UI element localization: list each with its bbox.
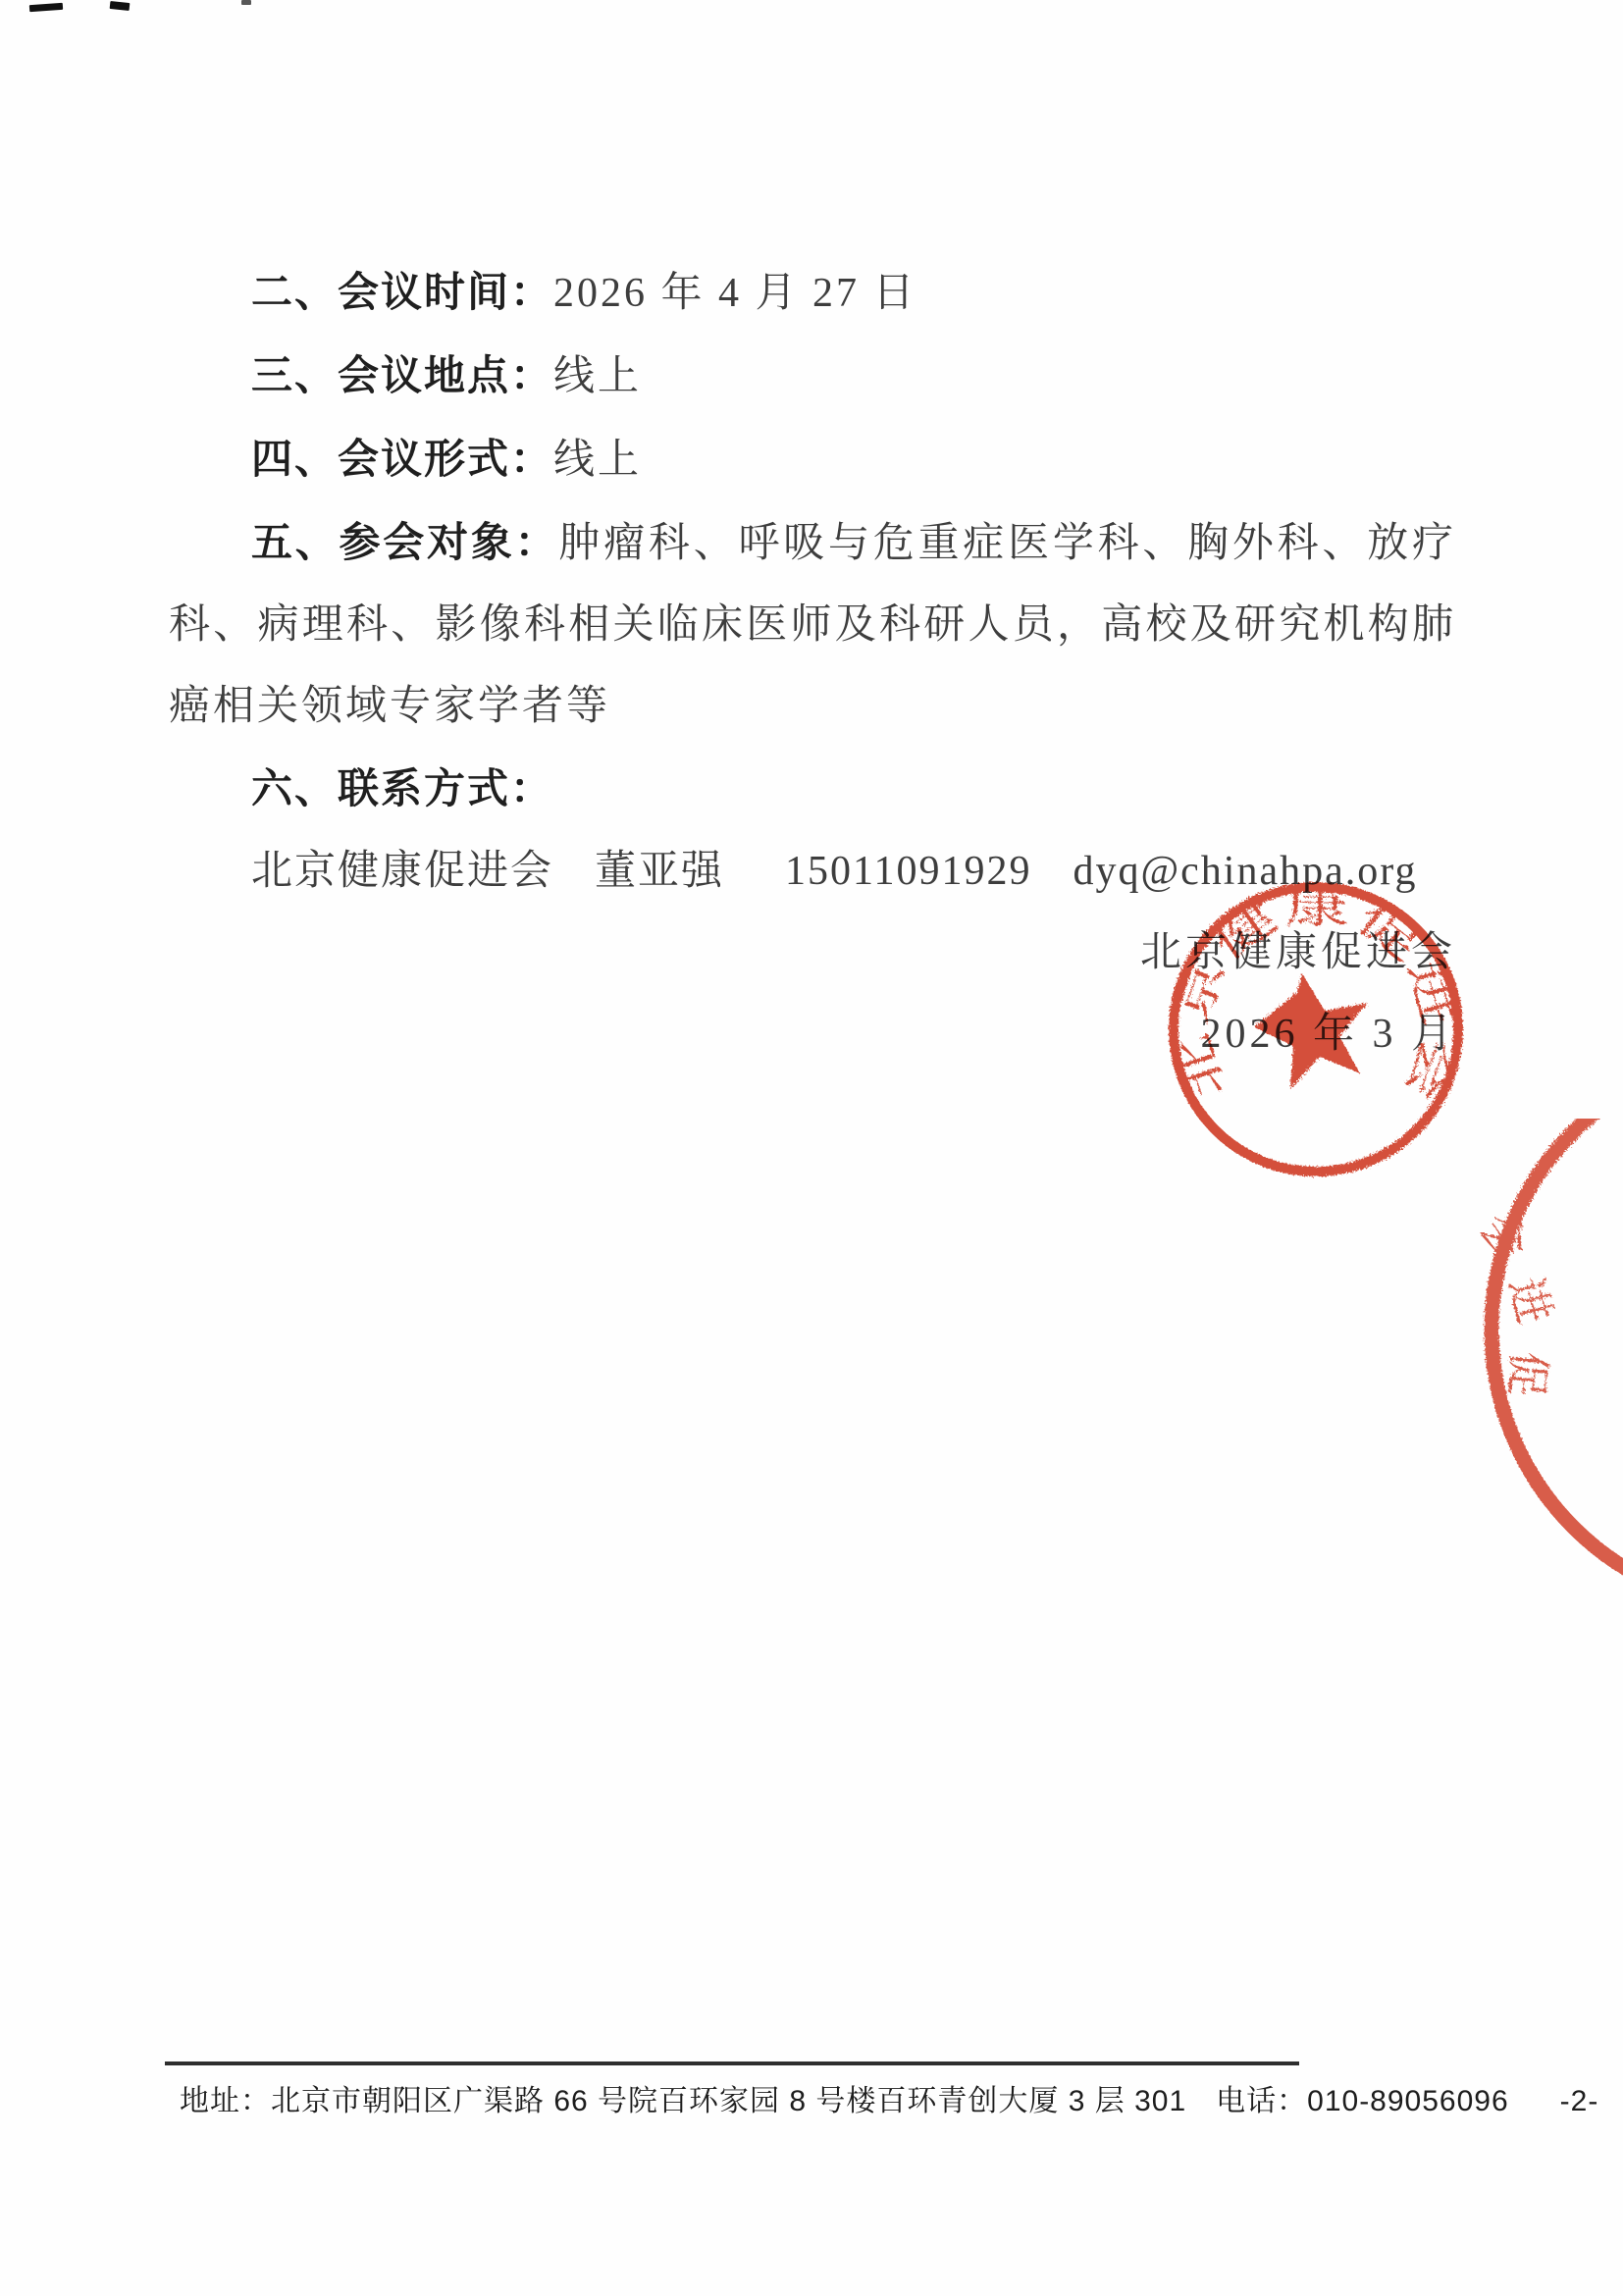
footer: 地址：北京市朝阳区广渠路 66 号院百环家园 8 号楼百环青创大厦 3 层 30… (180, 2076, 1534, 2119)
footer-divider (165, 2061, 1299, 2065)
partial-seal-char: 进 (1499, 1273, 1559, 1330)
scan-artifact (29, 3, 63, 12)
contact-org: 北京健康促进会 (251, 849, 553, 894)
official-seal: 北京健康促进会 (1163, 876, 1469, 1182)
scan-artifact (110, 1, 131, 11)
seal-text: 北京健康促进会 (1167, 882, 1466, 1111)
footer-phone-label: 电话： (1216, 2085, 1307, 2117)
scan-artifact (241, 0, 251, 5)
page-number: -2- (1560, 2085, 1599, 2117)
section-value: 2026 年 4 月 27 日 (553, 271, 917, 316)
footer-address: 北京市朝阳区广渠路 66 号院百环家园 8 号楼百环青创大厦 3 层 301 (271, 2085, 1186, 2117)
contact-person: 董亚强 (595, 849, 724, 894)
section-label: 二、会议时间： (251, 269, 553, 315)
section-contact-heading: 六、联系方式： (169, 748, 1456, 831)
partial-seal-char: 会 (1470, 1204, 1537, 1270)
section-label: 六、联系方式： (251, 765, 553, 811)
section-participants: 五、参会对象：肿瘤科、呼吸与危重症医学科、胸外科、放疗科、病理科、影像科相关临床… (169, 501, 1456, 748)
partial-seal: 会 进 促 (1433, 1119, 1623, 1590)
star-icon (1254, 973, 1368, 1089)
document-page: 二、会议时间：2026 年 4 月 27 日 三、会议地点：线上 四、会议形式：… (0, 0, 1623, 2296)
section-value: 线上 (553, 354, 642, 399)
partial-seal-char: 促 (1500, 1349, 1554, 1398)
section-meeting-place: 三、会议地点：线上 (169, 335, 1456, 418)
section-label: 四、会议形式： (251, 436, 553, 482)
footer-phone: 010-89056096 (1307, 2085, 1509, 2117)
section-meeting-time: 二、会议时间：2026 年 4 月 27 日 (169, 251, 1456, 335)
footer-address-label: 地址： (180, 2085, 271, 2117)
section-meeting-format: 四、会议形式：线上 (169, 418, 1456, 501)
section-label: 三、会议地点： (251, 352, 553, 398)
section-value: 线上 (553, 438, 642, 483)
section-label: 五、参会对象： (251, 519, 558, 565)
contact-phone: 15011091929 (785, 849, 1031, 894)
